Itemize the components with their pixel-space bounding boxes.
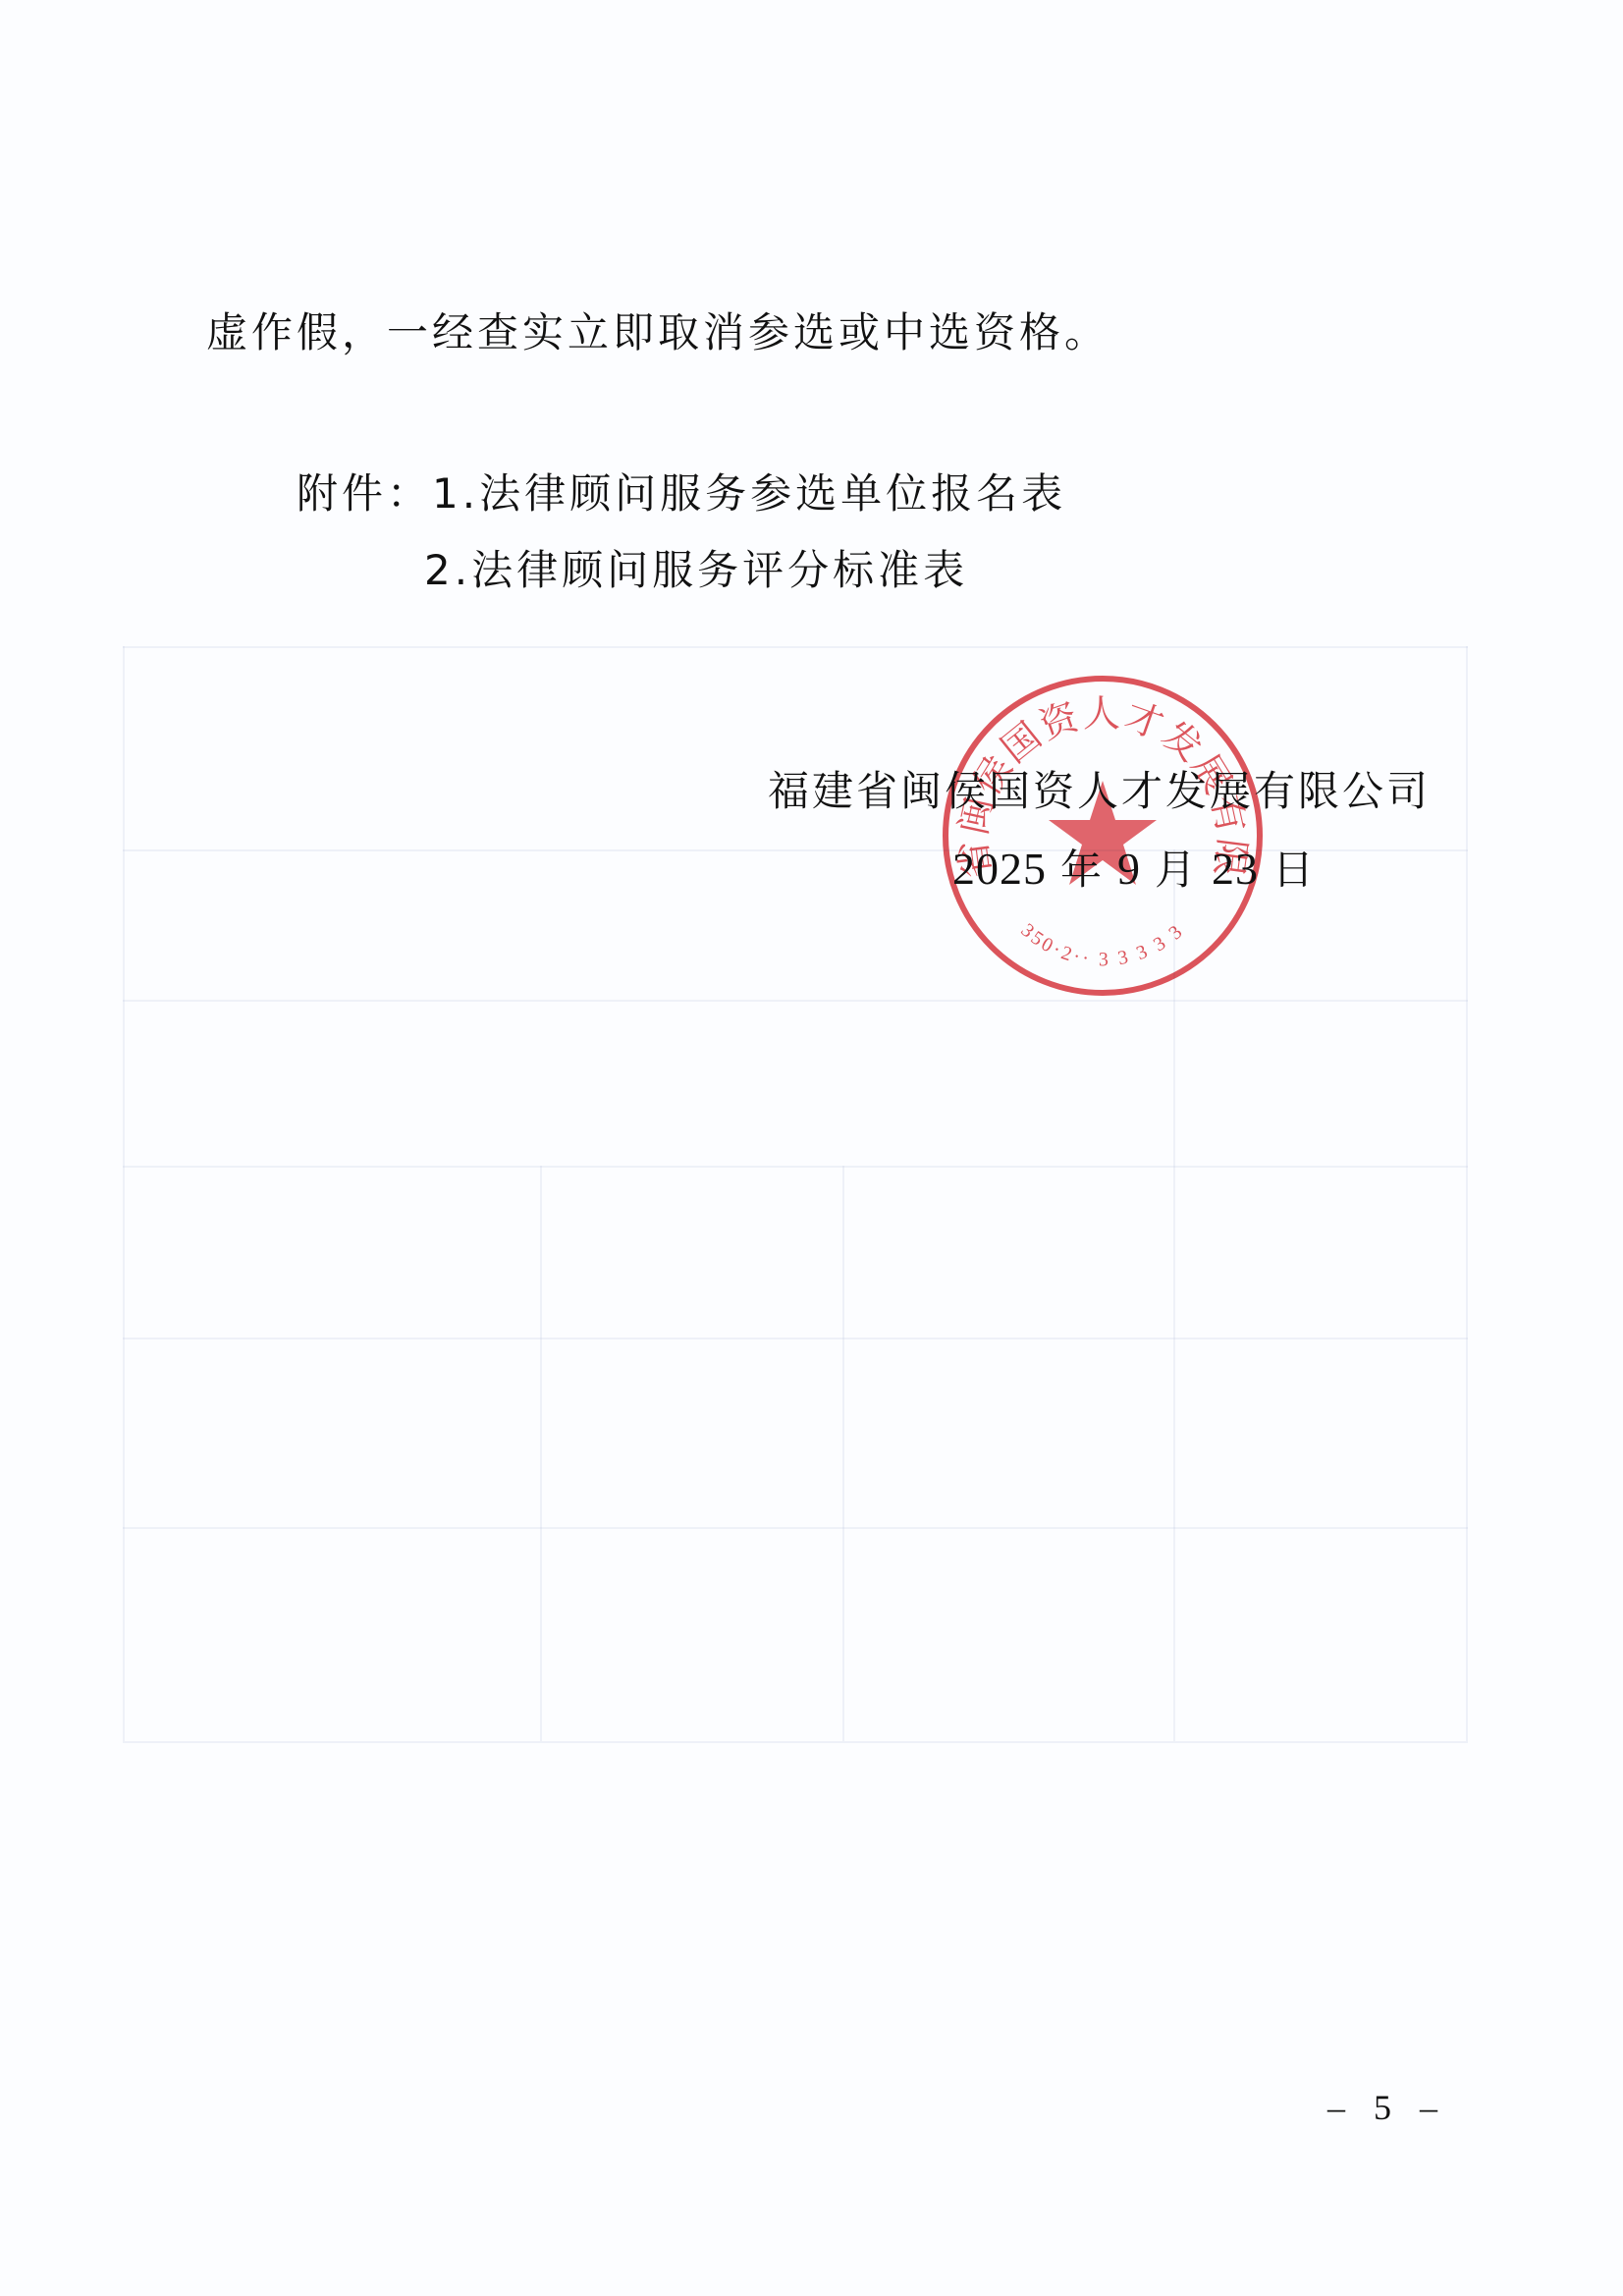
show-through-line	[123, 1741, 1468, 1743]
date-year: 2025	[952, 844, 1047, 894]
attachment-number: 1.	[432, 469, 479, 518]
attachment-number: 2.	[424, 546, 471, 594]
attachment-title: 法律顾问服务评分标准表	[471, 546, 968, 594]
page-number: – 5 –	[1327, 2087, 1447, 2128]
date-day-unit: 日	[1272, 846, 1316, 894]
signature-company: 福建省闽侯国资人才发展有限公司	[768, 771, 1431, 812]
show-through-line	[123, 1000, 1468, 1002]
show-through-line	[842, 1166, 844, 1741]
attachment-label: 附件：	[297, 469, 432, 518]
svg-text:350·2·· 3 3 3 3 3: 350·2·· 3 3 3 3 3	[1016, 919, 1188, 970]
attachment-item-2: 2.法律顾问服务评分标准表	[424, 550, 968, 591]
date-day: 23	[1212, 844, 1259, 894]
date-year-unit: 年	[1060, 846, 1104, 894]
show-through-line	[540, 1166, 542, 1741]
show-through-line	[123, 1166, 1468, 1168]
signature-date: 2025年9月23日	[952, 847, 1316, 892]
document-page: 虚作假，一经查实立即取消参选或中选资格。 附件：1.法律顾问服务参选单位报名表 …	[0, 0, 1623, 2296]
show-through-line	[123, 1527, 1468, 1529]
official-seal-icon: 福建省闽侯国资人才发展有限公司 350·2·· 3 3 3 3 3	[940, 673, 1266, 999]
attachment-title: 法律顾问服务参选单位报名表	[479, 469, 1066, 518]
body-text-line: 虚作假，一经查实立即取消参选或中选资格。	[206, 312, 1109, 354]
seal-code-text: 350·2·· 3 3 3 3 3	[1016, 919, 1188, 970]
date-month-unit: 月	[1155, 846, 1198, 894]
show-through-line	[123, 646, 1468, 648]
show-through-line	[123, 646, 125, 1741]
show-through-line	[1466, 646, 1468, 1741]
date-month: 9	[1117, 844, 1141, 894]
show-through-line	[123, 1338, 1468, 1339]
attachment-item-1: 附件：1.法律顾问服务参选单位报名表	[297, 473, 1066, 515]
